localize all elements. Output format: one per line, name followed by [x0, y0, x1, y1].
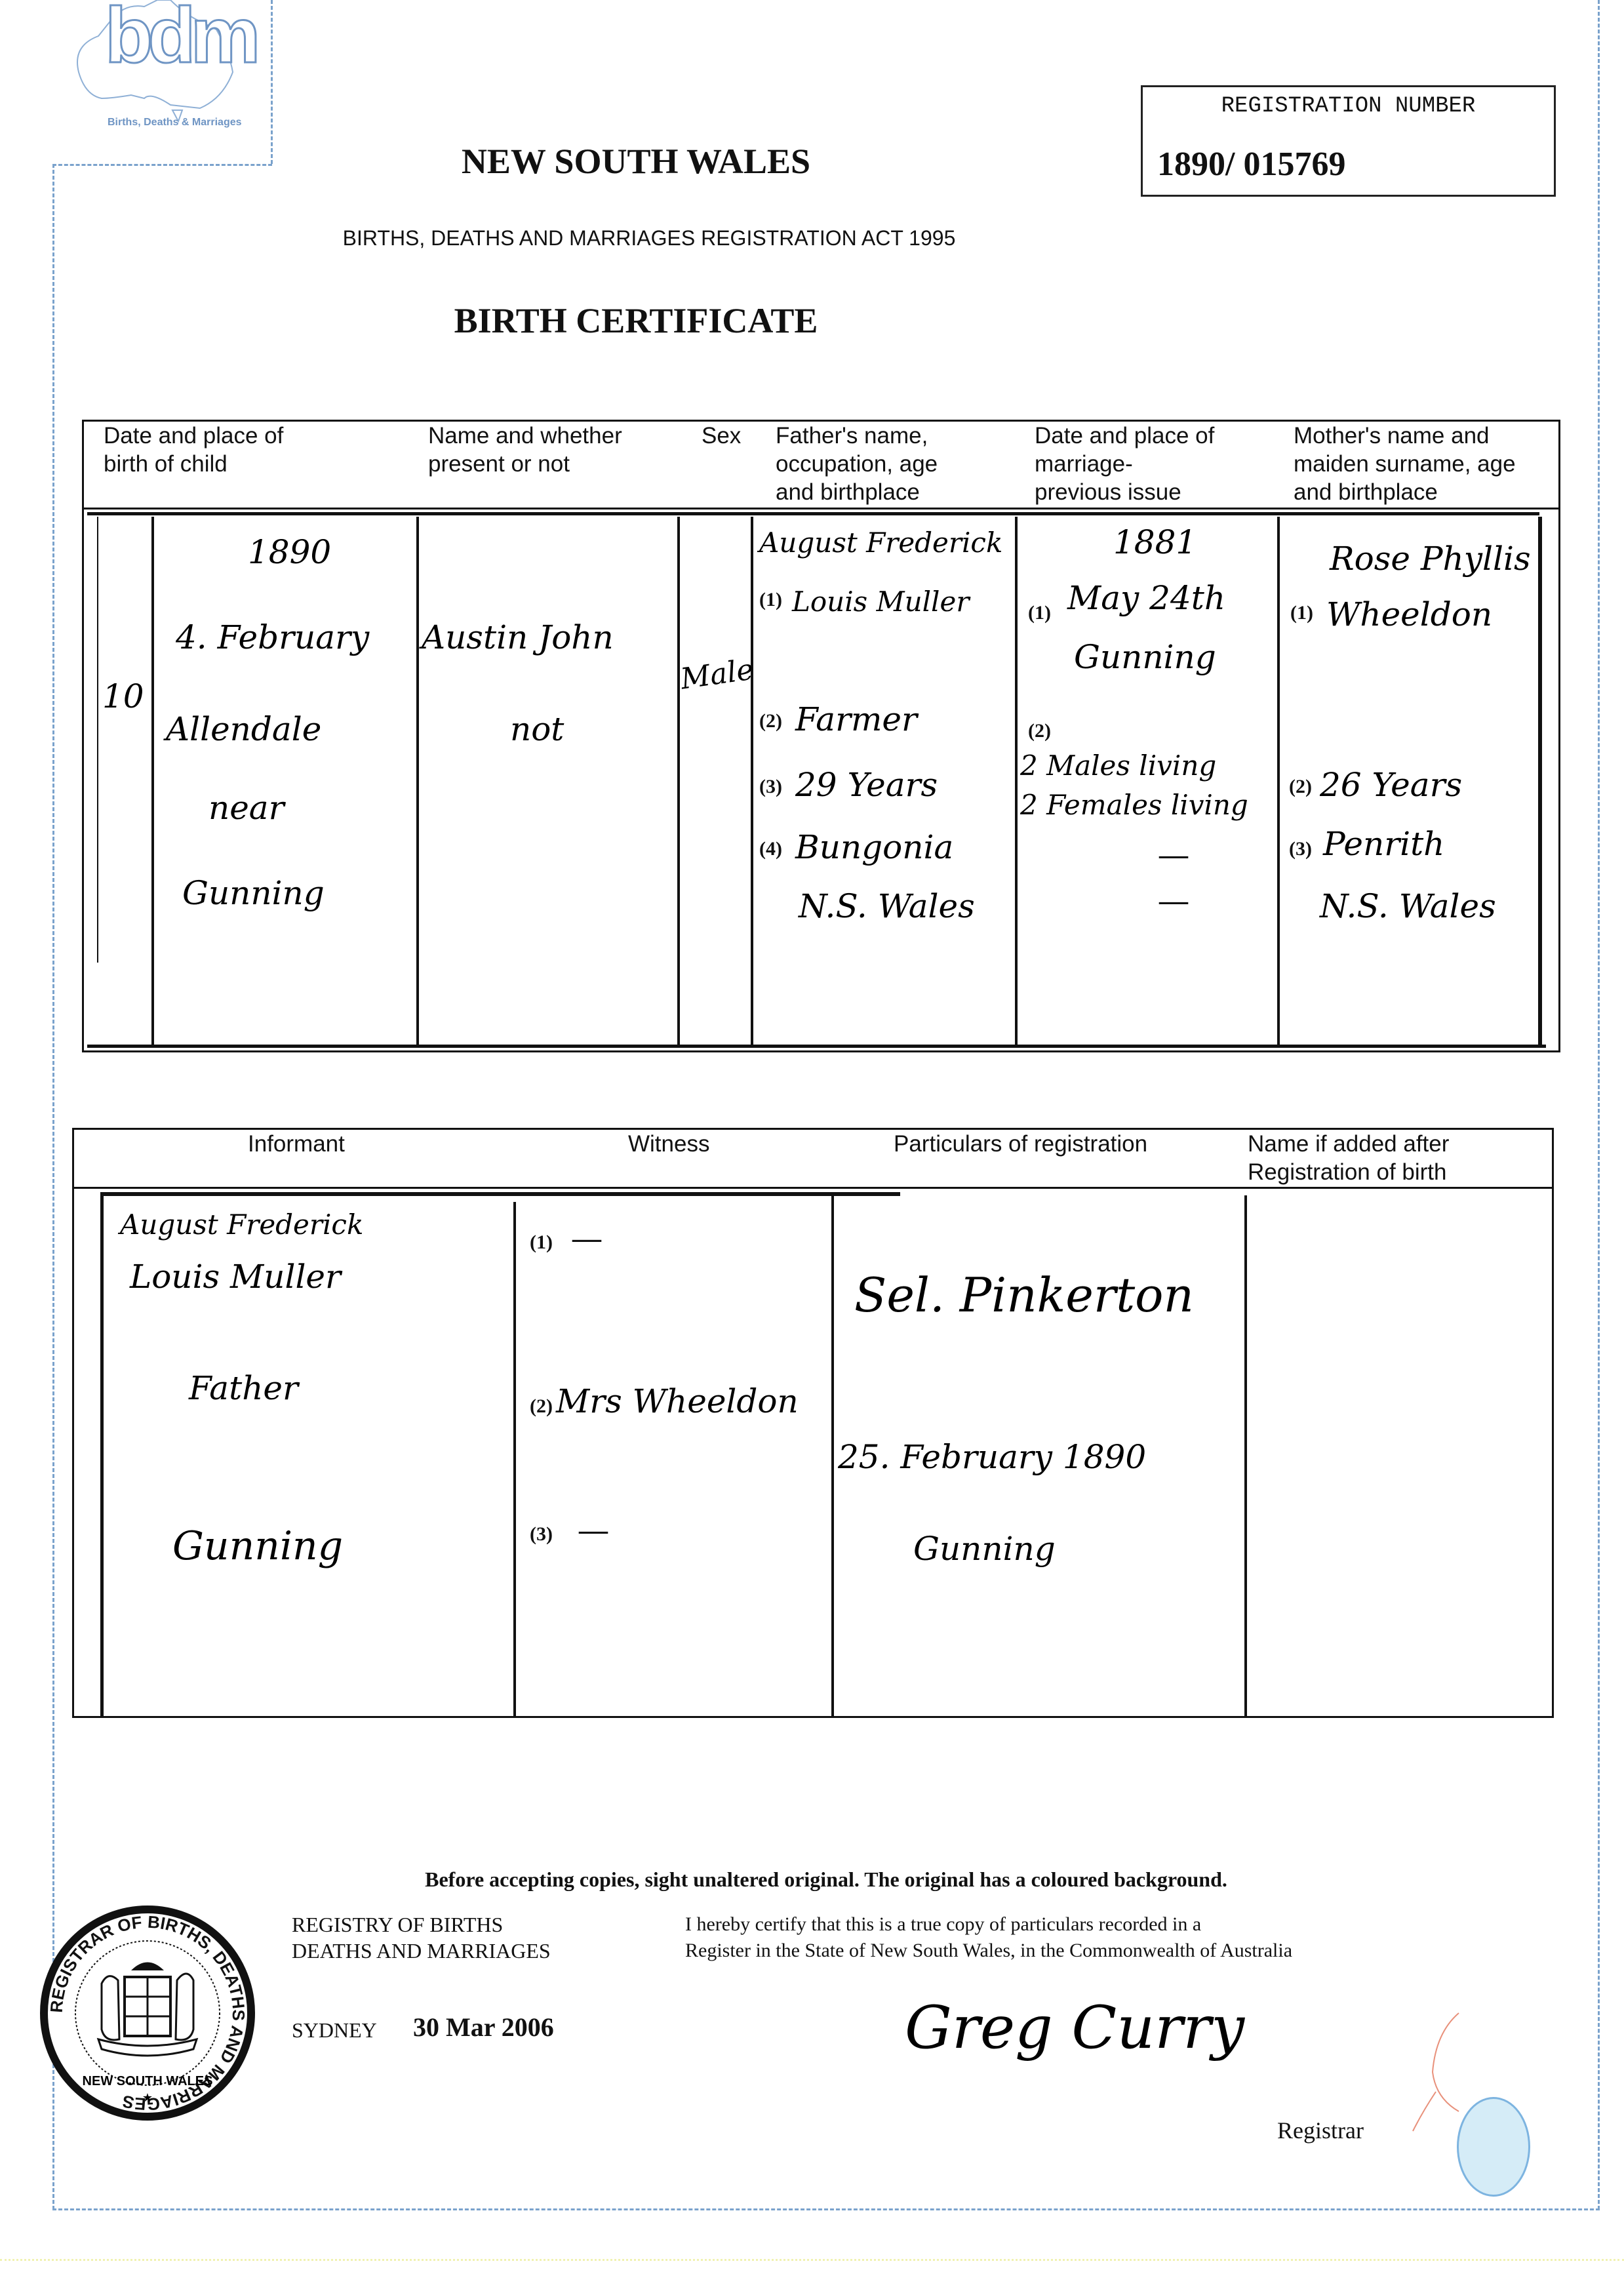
birth-place: near: [208, 789, 285, 827]
issue-city: SYDNEY: [292, 2018, 377, 2043]
column-header-father: Father's name, occupation, age and birth…: [776, 422, 1025, 506]
certify-line: Register in the State of New South Wales…: [685, 1938, 1292, 1964]
issue-deceased: —: [1159, 838, 1188, 871]
registration-label: REGISTRATION NUMBER: [1143, 94, 1554, 119]
father-birthplace: N.S. Wales: [799, 887, 975, 925]
register-rule: [1538, 517, 1542, 1045]
column-header-name: Name and whether present or not: [428, 422, 690, 478]
witness-1: —: [572, 1222, 601, 1255]
frame-border: [52, 164, 272, 166]
registration-table: Informant Witness Particulars of registr…: [72, 1128, 1554, 1718]
frame-border: [1598, 0, 1600, 2210]
security-seal: [1457, 2097, 1530, 2197]
child-present: not: [510, 710, 564, 748]
header-line: Father's name,: [776, 422, 1025, 450]
header-line: occupation, age: [776, 450, 1025, 478]
mother-maiden-name: Wheeldon: [1326, 595, 1492, 633]
column-header-marriage: Date and place of marriage- previous iss…: [1035, 422, 1284, 506]
register-rule: [87, 512, 1539, 515]
act-heading: BIRTHS, DEATHS AND MARRIAGES REGISTRATIO…: [288, 226, 1010, 250]
header-divider: [82, 508, 1560, 509]
bdm-logo: bdm Births, Deaths & Marriages: [52, 0, 272, 138]
header-line: Date and place of: [104, 422, 412, 450]
birth-year: 1890: [248, 533, 331, 571]
item-marker: (2): [1289, 776, 1312, 798]
column-header-date-place: Date and place of birth of child: [104, 422, 412, 478]
header-line: and birthplace: [1294, 478, 1556, 506]
frame-border: [52, 164, 54, 2210]
item-marker: (1): [759, 589, 782, 611]
state-heading: NEW SOUTH WALES: [367, 141, 905, 182]
coat-of-arms-seal-icon: REGISTRAR OF BIRTHS, DEATHS AND MARRIAGE…: [39, 1905, 256, 2121]
authenticity-note: Before accepting copies, sight unaltered…: [367, 1867, 1285, 1892]
registrar-signature: Greg Curry: [905, 1993, 1244, 2062]
item-marker: (3): [1289, 838, 1312, 860]
column-header-informant: Informant: [248, 1130, 345, 1158]
register-rule: [831, 1195, 834, 1717]
item-marker: (3): [759, 776, 782, 798]
witness-2: Mrs Wheeldon: [556, 1382, 799, 1420]
registry-name: REGISTRY OF BIRTHS DEATHS AND MARRIAGES: [292, 1911, 551, 1964]
register-rule: [513, 1202, 516, 1717]
issue-deceased: —: [1159, 884, 1188, 917]
birth-place: Allendale: [166, 710, 321, 748]
column-header-mother: Mother's name and maiden surname, age an…: [1294, 422, 1556, 506]
item-marker: (1): [1290, 602, 1313, 624]
entry-number: 10: [102, 677, 144, 715]
item-marker: (1): [530, 1231, 553, 1254]
register-rule: [751, 517, 753, 1045]
mother-age: 26 Years: [1320, 766, 1462, 804]
issue-males: 2 Males living: [1020, 749, 1216, 782]
header-line: and birthplace: [776, 478, 1025, 506]
header-line: Mother's name and: [1294, 422, 1556, 450]
registry-line: REGISTRY OF BIRTHS: [292, 1911, 551, 1938]
father-name: Louis Muller: [792, 586, 969, 618]
header-line: Name and whether: [428, 422, 690, 450]
register-rule: [1277, 517, 1280, 1045]
certificate-title: BIRTH CERTIFICATE: [367, 300, 905, 341]
header-divider: [72, 1187, 1554, 1189]
column-header-sex: Sex: [702, 422, 741, 450]
header-line: maiden surname, age: [1294, 450, 1556, 478]
registration-number-box: REGISTRATION NUMBER 1890/ 015769: [1141, 85, 1556, 197]
issue-date: 30 Mar 2006: [413, 2012, 554, 2043]
item-marker: (1): [1028, 602, 1051, 624]
mother-birthplace: Penrith: [1323, 825, 1444, 863]
registration-number: 1890/ 015769: [1157, 145, 1345, 184]
column-header-added-name: Name if added after Registration of birt…: [1248, 1130, 1523, 1186]
register-rule: [416, 517, 419, 1045]
register-rule: [87, 1045, 1546, 1048]
certification-statement: I hereby certify that this is a true cop…: [685, 1911, 1292, 1964]
header-line: Registration of birth: [1248, 1158, 1523, 1186]
marriage-place: Gunning: [1074, 638, 1216, 676]
register-rule: [1015, 517, 1018, 1045]
item-marker: (2): [1028, 720, 1051, 742]
birth-details-table: Date and place of birth of child Name an…: [82, 420, 1560, 1052]
registry-line: DEATHS AND MARRIAGES: [292, 1938, 551, 1964]
informant-residence: Gunning: [172, 1523, 343, 1569]
father-birthplace: Bungonia: [795, 828, 953, 866]
child-name: Austin John: [422, 618, 614, 656]
svg-text:★: ★: [142, 2091, 153, 2104]
mother-name: Rose Phyllis: [1330, 540, 1531, 578]
informant-relationship: Father: [189, 1369, 298, 1407]
header-line: Name if added after: [1248, 1130, 1523, 1158]
witness-3: —: [579, 1513, 608, 1547]
registrar-title: Registrar: [1277, 2117, 1364, 2144]
registration-place: Gunning: [913, 1530, 1056, 1568]
register-rule: [97, 517, 98, 963]
item-marker: (4): [759, 838, 782, 860]
background-band: [0, 2259, 1624, 2261]
seal-inner-text: NEW SOUTH WALES: [83, 2074, 213, 2088]
header-line: birth of child: [104, 450, 412, 478]
register-rule: [1244, 1195, 1247, 1717]
child-sex: Male: [679, 652, 755, 696]
registrar-seal: REGISTRAR OF BIRTHS, DEATHS AND MARRIAGE…: [39, 1905, 256, 2121]
father-age: 29 Years: [795, 766, 938, 804]
register-rule: [100, 1192, 104, 1717]
issue-females: 2 Females living: [1020, 789, 1248, 821]
item-marker: (2): [530, 1395, 553, 1418]
district-registrar-signature: Sel. Pinkerton: [854, 1267, 1194, 1323]
marriage-date: May 24th: [1067, 579, 1225, 617]
father-name: August Frederick: [759, 527, 1002, 559]
register-rule: [677, 517, 680, 1045]
frame-border: [52, 2208, 1600, 2210]
header-line: Date and place of: [1035, 422, 1284, 450]
item-marker: (3): [530, 1523, 553, 1546]
birth-date: 4. February: [176, 618, 369, 656]
red-ink-mark-icon: [1396, 2006, 1469, 2138]
column-header-witness: Witness: [628, 1130, 709, 1158]
informant-name: Louis Muller: [130, 1258, 341, 1296]
header-line: marriage-: [1035, 450, 1284, 478]
birth-place: Gunning: [182, 874, 325, 912]
header-line: present or not: [428, 450, 690, 478]
father-occupation: Farmer: [795, 700, 917, 738]
logo-wordmark: bdm: [105, 0, 255, 75]
register-rule: [100, 1192, 900, 1196]
register-rule: [151, 517, 154, 1045]
marriage-year: 1881: [1113, 523, 1197, 561]
informant-name: August Frederick: [120, 1208, 363, 1241]
logo-subtitle: Births, Deaths & Marriages: [108, 117, 242, 129]
column-header-particulars: Particulars of registration: [894, 1130, 1147, 1158]
registration-date: 25. February 1890: [838, 1438, 1146, 1476]
header-line: previous issue: [1035, 478, 1284, 506]
mother-birthplace: N.S. Wales: [1320, 887, 1496, 925]
item-marker: (2): [759, 710, 782, 732]
certify-line: I hereby certify that this is a true cop…: [685, 1911, 1292, 1938]
